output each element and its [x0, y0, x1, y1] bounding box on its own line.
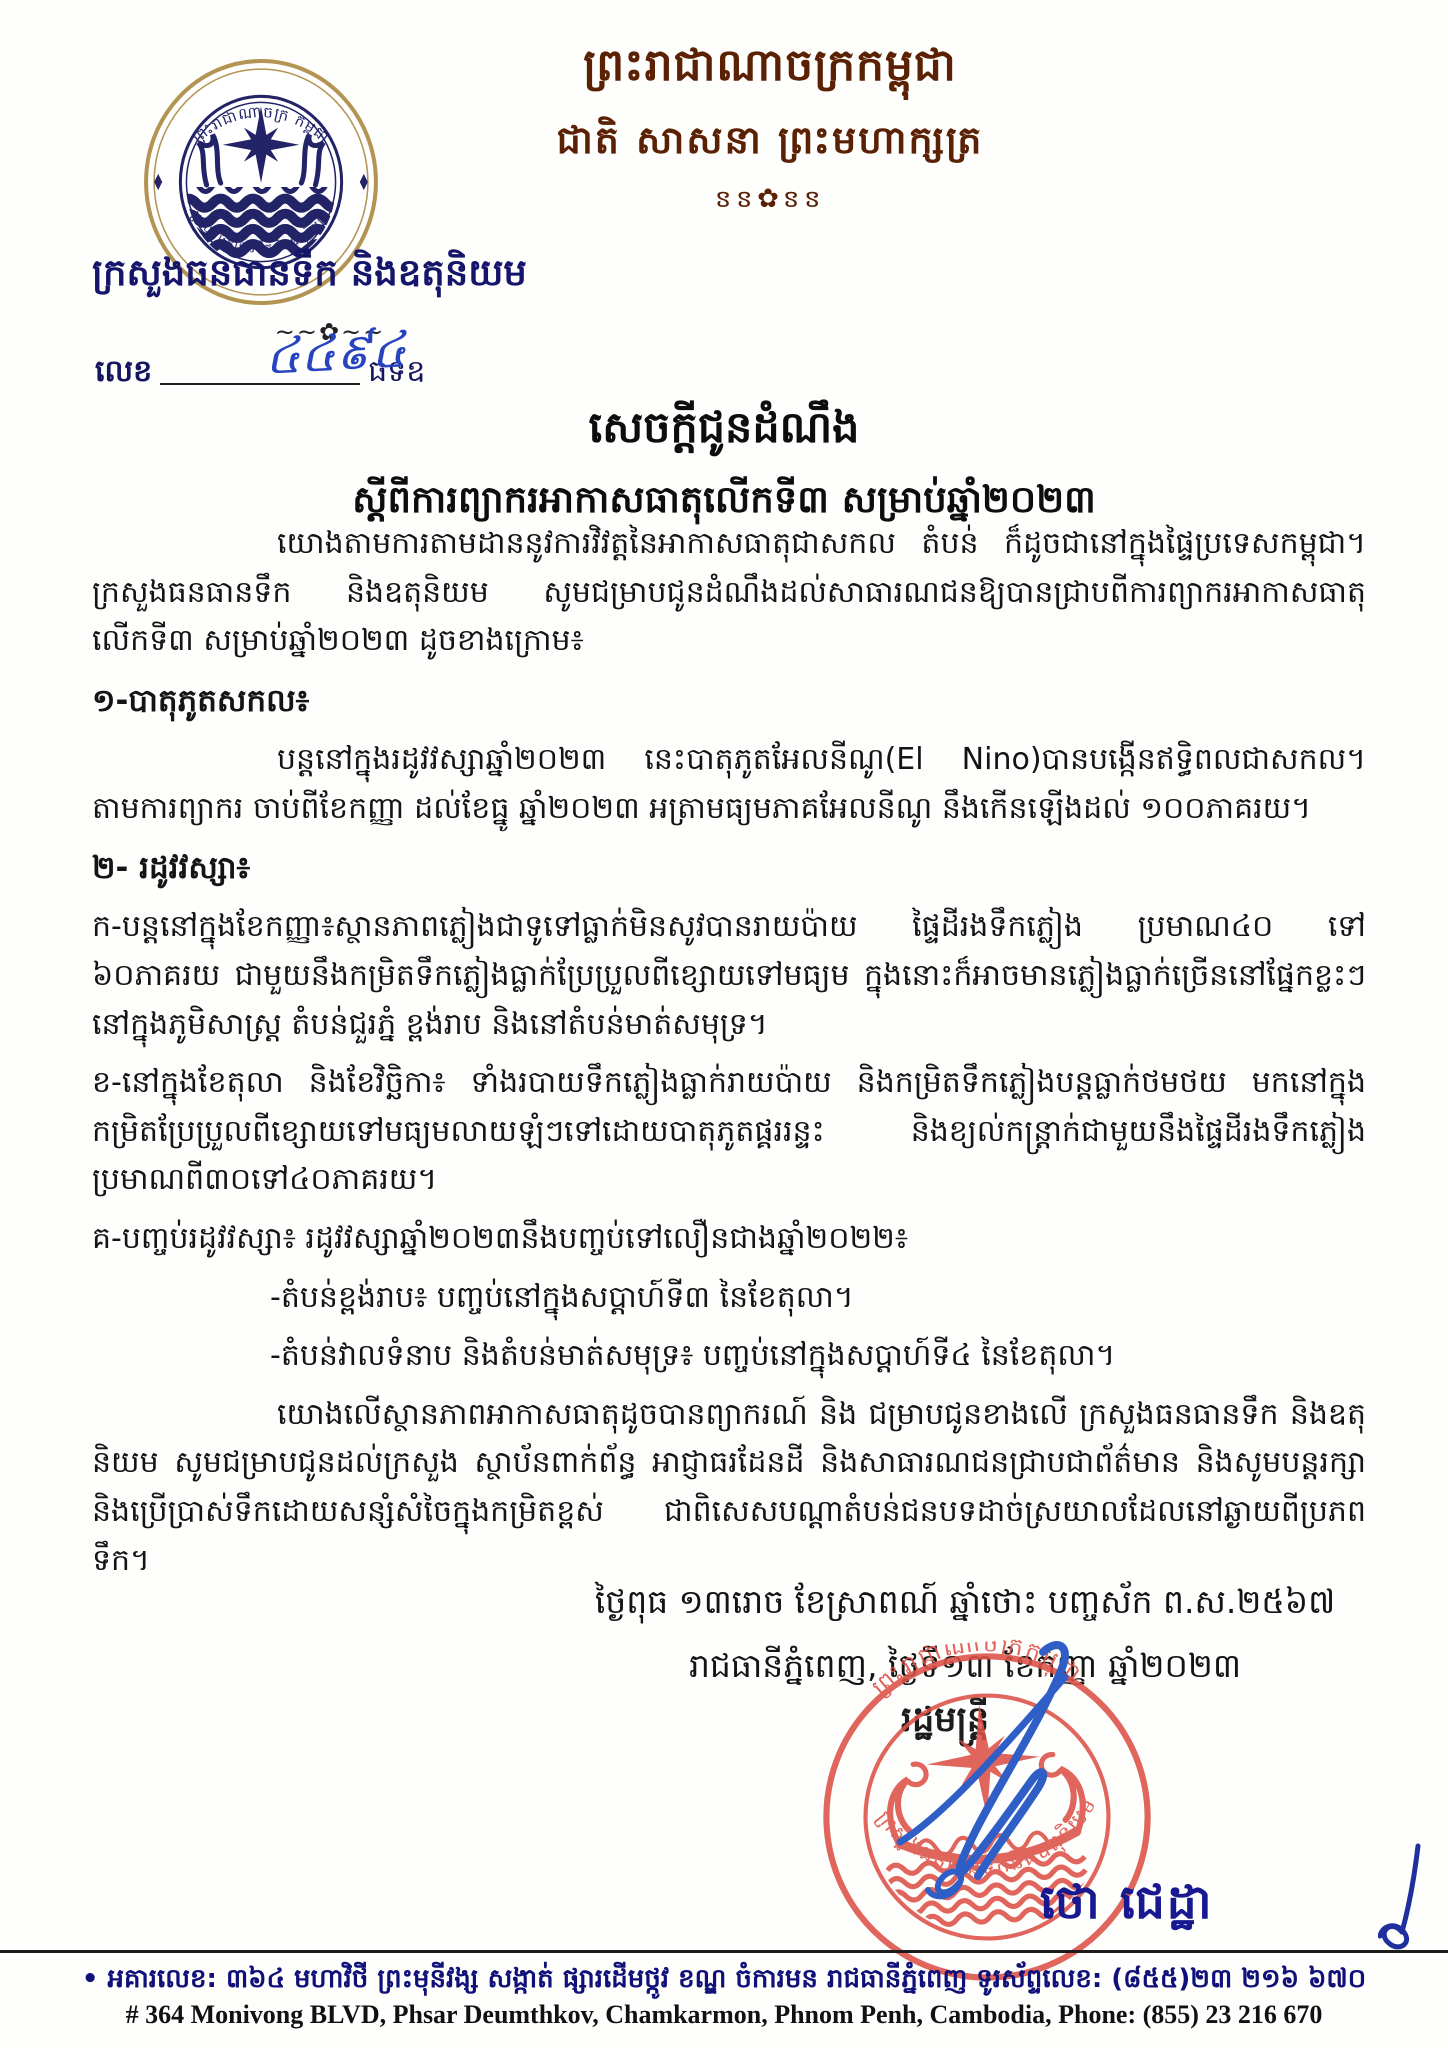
footer-divider-rule [0, 1950, 1448, 1953]
bullet-plateau: -តំបន់ខ្ពង់រាប៖ បញ្ចប់នៅក្នុងសប្តាហ៍ទី៣ … [92, 1274, 1366, 1323]
bullet-lowland-coastal: -តំបន់វាលទំនាប និងតំបន់មាត់សមុទ្រ៖ បញ្ចប… [92, 1332, 1366, 1381]
kingdom-divider-ornament: ៜៜ✿ៜៜ [430, 182, 1110, 220]
intro-paragraph: យោងតាមការតាមដាននូវការវិវត្តនៃអាកាសធាតុជា… [92, 520, 1366, 666]
ministry-name: ក្រសួងធនធានទឹក និងឧតុនិយម [92, 250, 712, 304]
date-lunar: ថ្ងៃពុធ ១៣រោច ខែស្រាពណ៍ ឆ្នាំថោះ បញ្ចស័ក… [560, 1582, 1370, 1630]
ref-label: លេខ [95, 354, 152, 389]
section2-heading: ២- រដូវវស្សា៖ [92, 843, 1366, 893]
kingdom-header: ព្រះរាជាណាចក្រកម្ពុជា ជាតិ សាសនា ព្រះមហា… [430, 38, 1110, 220]
section1-heading: ១-បាតុភូតសកល៖ [92, 676, 1366, 726]
section2-item-ka: ក-បន្តនៅក្នុងខែកញ្ញា៖ស្ថានភាពភ្លៀងជាទូទៅ… [92, 903, 1366, 1049]
signer-name: ថោ ជេដ្ឋា [1040, 1872, 1380, 1941]
kingdom-line1: ព្រះរាជាណាចក្រកម្ពុជា [430, 38, 1110, 102]
closing-paragraph: យោងលើស្ថានភាពអាកាសធាតុដូចបានព្យាករណ៍ និង… [92, 1391, 1366, 1585]
document-body: យោងតាមការតាមដាននូវការវិវត្តនៃអាកាសធាតុជា… [92, 520, 1366, 1595]
title-line1: សេចក្តីជូនដំណឹង [0, 400, 1448, 463]
document-page: ព្រះរាជាណាចក្រ កម្ពុជា ក្រសួងធនធានទឹកនិង… [0, 0, 1448, 2048]
section2-item-kha: ខ-នៅក្នុងខែតុលា និងខែវិច្ឆិកា៖ ទាំងរបាយទ… [92, 1059, 1366, 1205]
section2-item-ko: គ-បញ្ចប់រដូវវស្សា៖ រដូវវស្សាឆ្នាំ២០២៣នឹង… [92, 1215, 1366, 1264]
paraph-ink-mark [1378, 1838, 1432, 1968]
footer-address-khmer: • អគារលេខ: ៣៦៤ មហាវិថី ព្រះមុនីវង្ស សង្ក… [0, 1962, 1448, 2000]
reference-number-line: លេខធទឧ ៤៤៩៤ [95, 352, 515, 396]
kingdom-line2: ជាតិ សាសនា ព្រះមហាក្សត្រ [430, 116, 1110, 172]
footer-address-english: # 364 Monivong BLVD, Phsar Deumthkov, Ch… [0, 2000, 1448, 2030]
document-title: សេចក្តីជូនដំណឹង ស្តីពីការព្យាករអាកាសធាតុ… [0, 400, 1448, 531]
section1-paragraph: បន្តនៅក្នុងរដូវវស្សាឆ្នាំ២០២៣ នេះបាតុភូត… [92, 736, 1366, 833]
ref-number-handwritten: ៤៤៩៤ [263, 318, 408, 398]
